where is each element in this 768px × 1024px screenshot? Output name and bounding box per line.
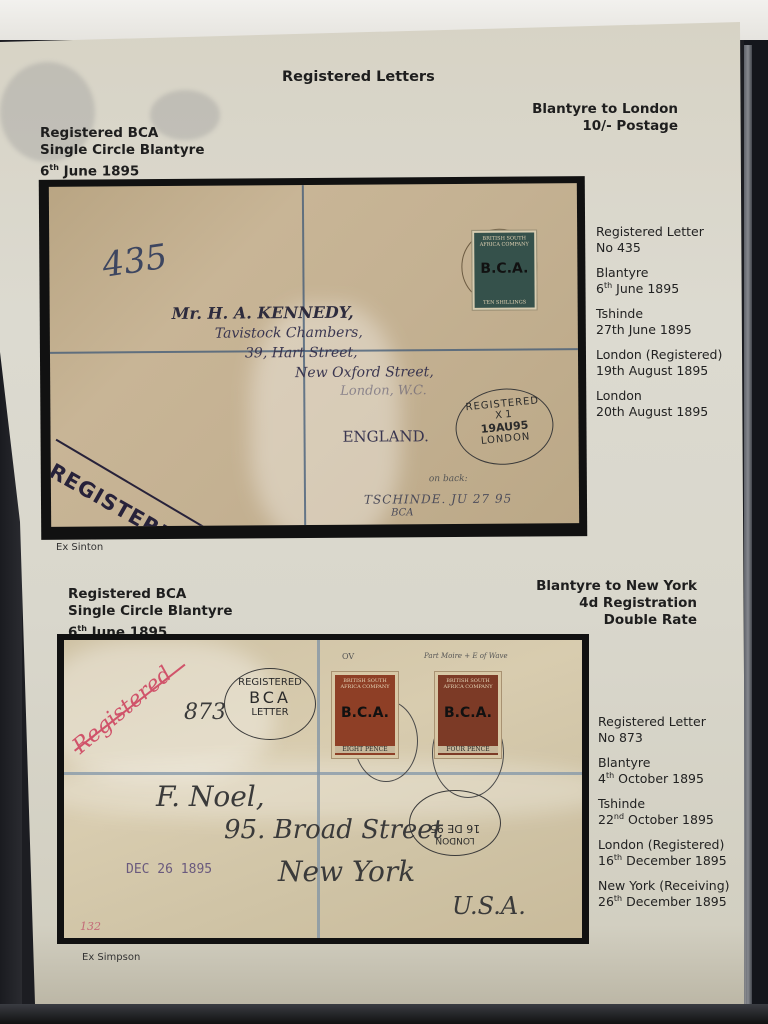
heading-line: Blantyre to New York bbox=[497, 578, 697, 595]
pencil-note: Part Moire + E of Wave bbox=[424, 652, 508, 660]
heading-line: Blantyre to London bbox=[480, 101, 678, 118]
heading-line: Single Circle Blantyre bbox=[68, 603, 233, 620]
address-line: New Oxford Street, bbox=[295, 364, 434, 381]
address-line: Tavistock Chambers, bbox=[215, 325, 363, 342]
cover2-envelope[interactable]: Registered 873 REGISTERED BCA LETTER OV … bbox=[64, 640, 582, 938]
cover2-right-heading: Blantyre to New York 4d Registration Dou… bbox=[497, 578, 697, 629]
page-title: Registered Letters bbox=[282, 69, 435, 85]
cover1-right-heading: Blantyre to London 10/- Postage bbox=[480, 101, 678, 135]
registered-bca-oval: REGISTERED BCA LETTER bbox=[224, 668, 316, 740]
heading-line: 10/- Postage bbox=[480, 118, 678, 135]
cover1-details: Registered LetterNo 435 Blantyre6th June… bbox=[596, 224, 746, 429]
stamp-overprint: B.C.A. bbox=[474, 260, 534, 276]
stamp-overprint: B.C.A. bbox=[438, 705, 498, 721]
stamp-value: TEN SHILLINGS bbox=[475, 299, 535, 305]
heading-line: Registered BCA bbox=[40, 125, 205, 142]
detail-item: Tshinde27th June 1895 bbox=[596, 306, 746, 338]
detail-item: London20th August 1895 bbox=[596, 388, 746, 420]
registration-line-horizontal bbox=[64, 772, 582, 775]
stamp-four-pence: BRITISH SOUTH AFRICA COMPANY B.C.A. FOUR… bbox=[435, 672, 501, 758]
heading-line: Double Rate bbox=[497, 612, 697, 629]
heading-date: 6th June 1895 bbox=[40, 159, 205, 181]
detail-item: London (Registered)16th December 1895 bbox=[598, 837, 748, 869]
glare bbox=[64, 760, 582, 820]
register-number: 435 bbox=[100, 237, 170, 286]
cover1-provenance: Ex Sinton bbox=[56, 542, 103, 553]
cover1-left-heading: Registered BCA Single Circle Blantyre 6t… bbox=[40, 125, 205, 181]
addressee: Mr. H. A. KENNEDY, bbox=[172, 303, 354, 323]
detail-item: Registered LetterNo 873 bbox=[598, 714, 748, 746]
tshinde-note: TSCHINDE. JU 27 95 bbox=[364, 492, 512, 507]
detail-item: Blantyre6th June 1895 bbox=[596, 265, 746, 297]
stamp-caption: BRITISH SOUTH AFRICA COMPANY bbox=[335, 678, 395, 690]
stamp-value: FOUR PENCE bbox=[438, 746, 498, 753]
cover2-details: Registered LetterNo 873 Blantyre4th Octo… bbox=[598, 714, 748, 919]
detail-item: Registered LetterNo 435 bbox=[596, 224, 746, 256]
london-registered-postmark: REGISTERED X 1 19AU95 LONDON bbox=[452, 384, 557, 469]
detail-item: New York (Receiving)26th December 1895 bbox=[598, 878, 748, 910]
addressee: F. Noel, bbox=[156, 780, 265, 813]
stamp-caption: BRITISH SOUTH AFRICA COMPANY bbox=[474, 235, 534, 247]
heading-line: 4d Registration bbox=[497, 595, 697, 612]
detail-item: Blantyre4th October 1895 bbox=[598, 755, 748, 787]
stamp-overprint: B.C.A. bbox=[335, 705, 395, 721]
heading-line: Registered BCA bbox=[68, 586, 233, 603]
address-line: 95. Broad Street bbox=[224, 815, 443, 845]
oval-bottom: LETTER bbox=[225, 707, 315, 718]
cover2-provenance: Ex Simpson bbox=[82, 952, 140, 963]
oval-top: REGISTERED bbox=[225, 677, 315, 688]
stamp-eight-pence: BRITISH SOUTH AFRICA COMPANY B.C.A. EIGH… bbox=[332, 672, 398, 758]
detail-item: Tshinde22nd October 1895 bbox=[598, 796, 748, 828]
address-line: London, W.C. bbox=[340, 383, 427, 399]
received-stamp: DEC 26 1895 bbox=[126, 862, 212, 877]
pencil-note: on back: bbox=[429, 474, 468, 484]
pencil-ov: OV bbox=[342, 652, 354, 661]
stamp-ten-shillings: BRITISH SOUTH AFRICA COMPANY B.C.A. TEN … bbox=[472, 230, 537, 309]
tshinde-sub: BCA bbox=[391, 507, 413, 518]
register-number: 873 bbox=[184, 700, 226, 725]
oval-middle: BCA bbox=[225, 688, 315, 707]
cover1-envelope[interactable]: 435 Mr. H. A. KENNEDY, Tavistock Chamber… bbox=[49, 183, 579, 527]
registered-handstamp: REGISTERED. bbox=[49, 459, 201, 527]
stamp-value: EIGHT PENCE bbox=[335, 746, 395, 753]
pencil-corner: 132 bbox=[80, 920, 101, 933]
binder-bottom bbox=[0, 1004, 768, 1024]
registration-line-vertical bbox=[317, 640, 320, 938]
stamp-caption: BRITISH SOUTH AFRICA COMPANY bbox=[438, 678, 498, 690]
address-line: U.S.A. bbox=[452, 892, 526, 920]
heading-line: Single Circle Blantyre bbox=[40, 142, 205, 159]
detail-item: London (Registered)19th August 1895 bbox=[596, 347, 746, 379]
address-line: New York bbox=[278, 855, 415, 888]
address-line: 39, Hart Street, bbox=[245, 345, 358, 362]
country-line: ENGLAND. bbox=[343, 427, 429, 446]
